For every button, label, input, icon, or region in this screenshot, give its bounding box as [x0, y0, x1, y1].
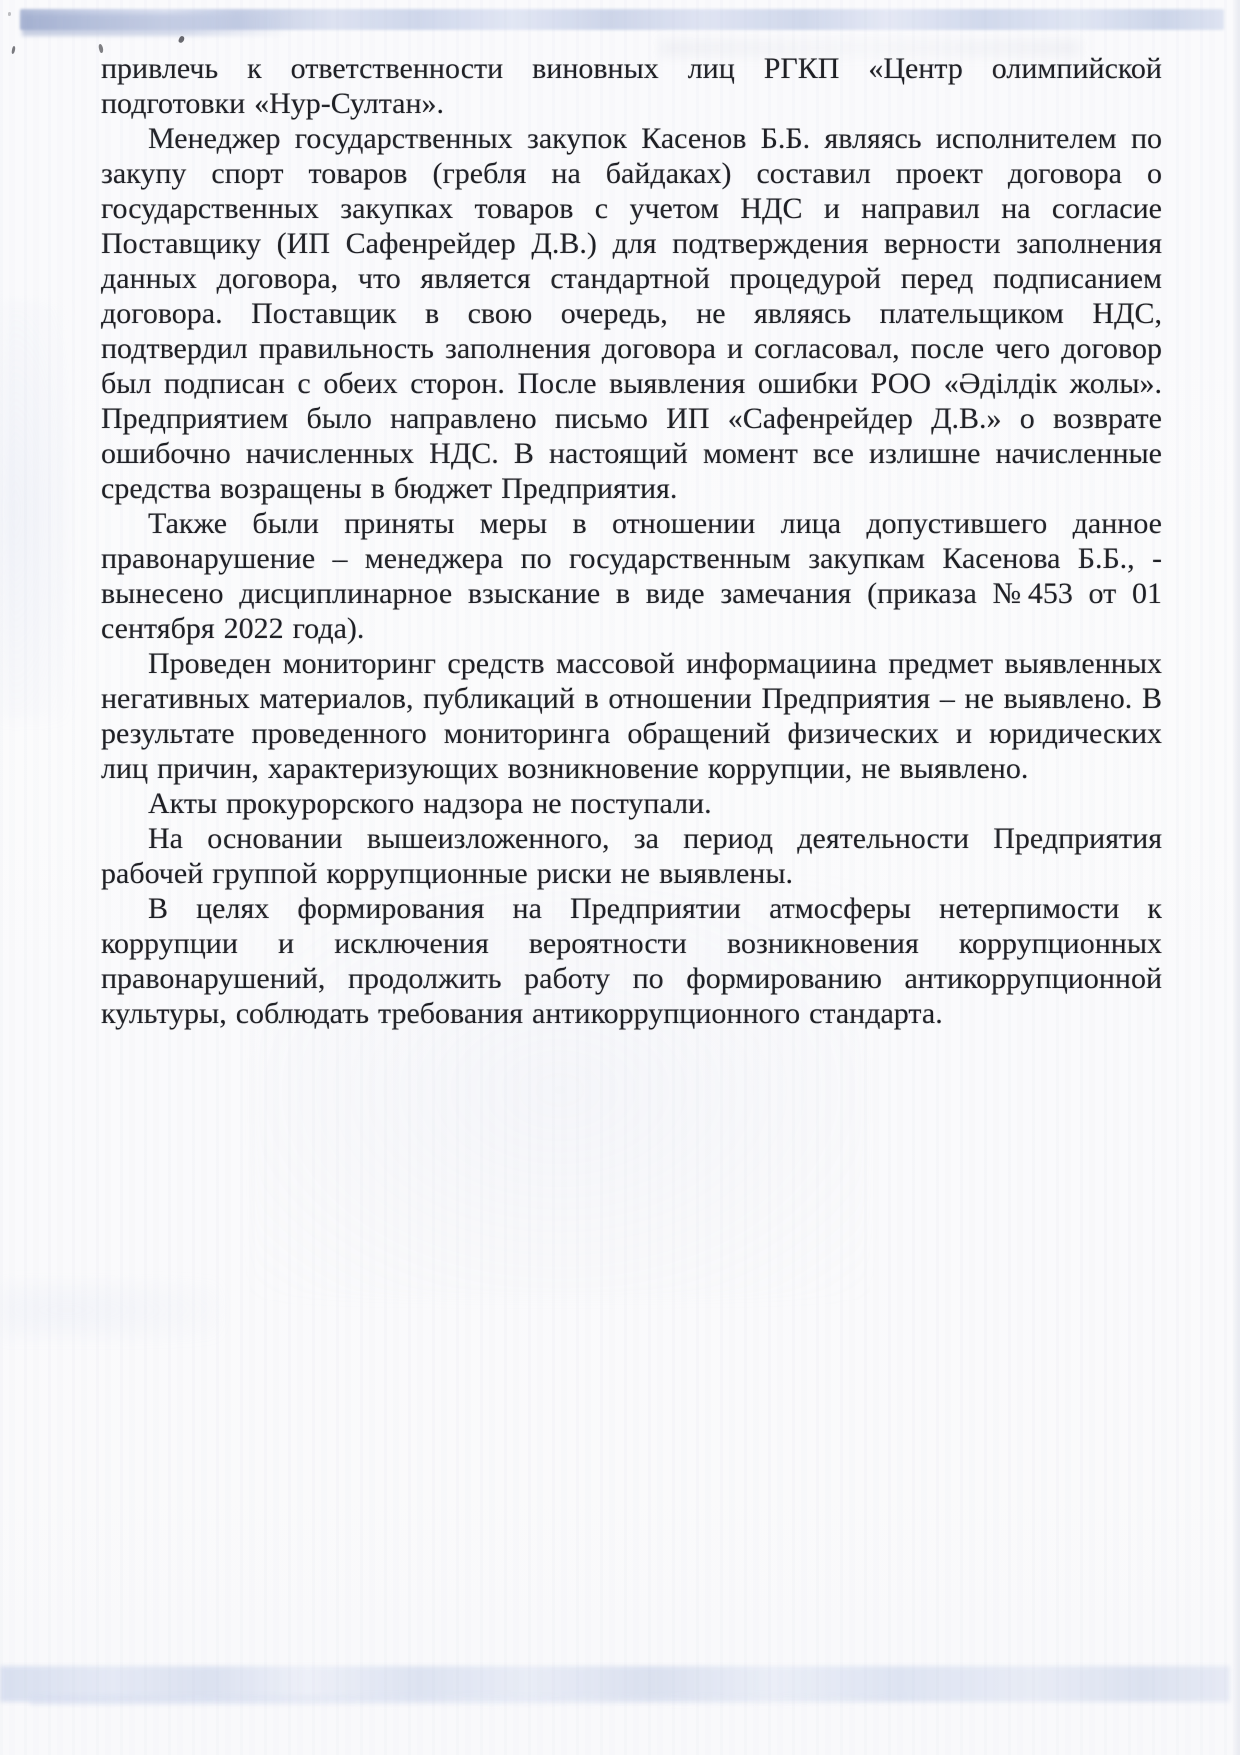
- page-edge-shadow: [1232, 0, 1240, 1755]
- paragraph-6: На основании вышеизложенного, за период …: [101, 821, 1162, 891]
- paper-smudge: [0, 300, 70, 720]
- ink-speck: [11, 46, 15, 54]
- ink-speck: [8, 12, 11, 16]
- scanned-document-page: привлечь к ответственности виновных лиц …: [0, 0, 1240, 1755]
- scanner-noise-band-bottom-secondary: [30, 1695, 940, 1705]
- document-body-text: привлечь к ответственности виновных лиц …: [101, 51, 1162, 1031]
- paragraph-1: привлечь к ответственности виновных лиц …: [101, 51, 1162, 121]
- paragraph-7: В целях формирования на Предприятии атмо…: [101, 891, 1162, 1031]
- paragraph-2: Менеджер государственных закупок Касенов…: [101, 121, 1162, 506]
- paragraph-4: Проведен мониторинг средств массовой инф…: [101, 646, 1162, 786]
- scanner-noise-band-top-left: [22, 14, 292, 36]
- paragraph-3: Также были приняты меры в отношении лица…: [101, 506, 1162, 646]
- paragraph-5: Акты прокурорского надзора не поступали.: [101, 786, 1162, 821]
- paper-smudge: [0, 1280, 220, 1340]
- ink-speck: [178, 35, 185, 43]
